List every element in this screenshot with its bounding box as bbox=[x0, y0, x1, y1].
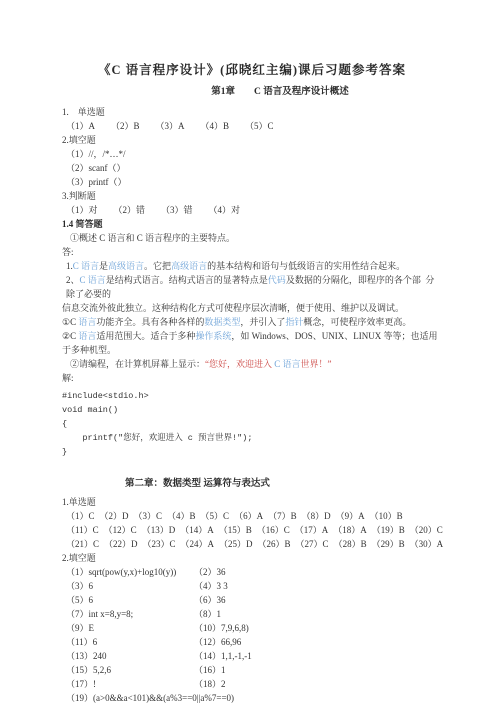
fill-item-right bbox=[194, 691, 442, 705]
answer-cell: （3）C bbox=[134, 509, 163, 523]
answer-cell: （28）B bbox=[334, 537, 367, 551]
answer-cell: （17）A bbox=[295, 523, 329, 537]
fill-item-right: （14）1,1,-1,-1 bbox=[194, 649, 442, 663]
fill-item-right: （4）3 3 bbox=[194, 579, 442, 593]
answer-cell: （1）对 bbox=[66, 205, 98, 215]
ch2-mcq-label: 1.单选题 bbox=[62, 495, 442, 509]
answer-cell: （4）B bbox=[167, 509, 196, 523]
fill-item-left: （1）sqrt(pow(y,x)+log10(y)) bbox=[66, 565, 194, 579]
chapter2-heading: 第二章：数据类型 运算符与表达式 bbox=[125, 477, 442, 491]
document-page: 《C 语言程序设计》(邱晓红主编)课后习题参考答案 第1章 C 语言及程序设计概… bbox=[0, 0, 500, 705]
fill-pair-row: （9）E （10）7,9,6,8) bbox=[62, 621, 442, 635]
fill-item-left: （19）(a>0&&a<101)&&(a%3==0||a%7==0) bbox=[66, 691, 194, 705]
fill-pair-row: （11）6 （12）66,96 bbox=[62, 635, 442, 649]
answer-cell: （22）D bbox=[104, 537, 138, 551]
ch1-solution-label: 解: bbox=[62, 371, 442, 385]
answer-cell: （25）D bbox=[219, 537, 253, 551]
answer-cell: （23）C bbox=[143, 537, 176, 551]
fill-item-right: （12）66,96 bbox=[194, 635, 442, 649]
ch1-tf-answers: （1）对（2）错（3）错（4）对 bbox=[62, 203, 442, 217]
fill-pair-row: （7）int x=8,y=8; （8）1 bbox=[62, 607, 442, 621]
answer-cell: （2）B bbox=[111, 121, 140, 131]
ch1-point-3: ①C 语言功能齐全。具有各种各样的数据类型，并引入了指针概念，可使程序效率更高。 bbox=[62, 315, 442, 329]
code-line: } bbox=[62, 445, 442, 459]
fill-item-left: （3）6 bbox=[66, 579, 194, 593]
answer-cell: （29）B bbox=[372, 537, 405, 551]
code-line: { bbox=[62, 417, 442, 431]
answer-cell: （15）B bbox=[219, 523, 252, 537]
code-line: #include<stdio.h> bbox=[62, 389, 442, 403]
fill-item-right: （10）7,9,6,8) bbox=[194, 621, 442, 635]
answer-cell: （19）B bbox=[372, 523, 405, 537]
mcq-answer-row: （21）C （22）D （23）C （24）A （25）D （26）B （27）… bbox=[62, 537, 442, 551]
fill-pair-row: （13）240 （14）1,1,-1,-1 bbox=[62, 649, 442, 663]
answer-cell: （10）B bbox=[370, 509, 403, 523]
answer-cell: （6）A bbox=[234, 509, 263, 523]
answer-cell: （1）A bbox=[66, 121, 95, 131]
answer-cell: （13）D bbox=[142, 523, 176, 537]
answer-cell: （3）A bbox=[156, 121, 185, 131]
ch1-saq-label: 1.4 简答题 bbox=[62, 217, 442, 231]
ch1-point-2-line2: 信息交流外彼此独立。这种结构化方式可使程序层次清晰，便于使用、维护以及调试。 bbox=[62, 301, 442, 315]
answer-cell: （5）C bbox=[201, 509, 230, 523]
fill-item-left: （13）240 bbox=[66, 649, 194, 663]
answer-cell: （4）B bbox=[201, 121, 230, 131]
answer-cell: （7）B bbox=[268, 509, 297, 523]
fill-pair-row: （19）(a>0&&a<101)&&(a%3==0||a%7==0) bbox=[62, 691, 442, 705]
ch1-fill-label: 2.填空题 bbox=[62, 133, 442, 147]
answer-cell: （30）A bbox=[410, 537, 444, 551]
fill-item-left: （11）6 bbox=[66, 635, 194, 649]
fill-item-left: （7）int x=8,y=8; bbox=[66, 607, 194, 621]
chapter1-heading: 第1章 C 语言及程序设计概述 bbox=[62, 85, 442, 99]
fill-pair-row: （5）6 （6）36 bbox=[62, 593, 442, 607]
mcq-answer-row: （1）C （2）D （3）C （4）B （5）C （6）A （7）B （8）D … bbox=[62, 509, 442, 523]
ch1-tf-label: 3.判断题 bbox=[62, 189, 442, 203]
ch1-saq-answer-label: 答: bbox=[62, 245, 442, 259]
answer-cell: （8）D bbox=[302, 509, 331, 523]
fill-item-left: （15）5,2,6 bbox=[66, 663, 194, 677]
fill-item-right: （18）2 bbox=[194, 677, 442, 691]
answer-cell: （4）对 bbox=[209, 205, 241, 215]
ch1-point-1: 1.C 语言是高级语言。它把高级语言的基本结构和语句与低级语言的实用性结合起来。 bbox=[62, 259, 442, 273]
ch2-mcq-rows: （1）C （2）D （3）C （4）B （5）C （6）A （7）B （8）D … bbox=[62, 509, 442, 551]
answer-cell: （11）C bbox=[66, 523, 99, 537]
ch1-saq-question2: ②请编程，在计算机屏幕上显示：“您好，欢迎进入 C 语言世界！” bbox=[62, 357, 442, 371]
answer-cell: （24）A bbox=[181, 537, 215, 551]
fill-item: （2）scanf（） bbox=[62, 161, 442, 175]
answer-cell: （18）A bbox=[333, 523, 367, 537]
answer-cell: （1）C bbox=[66, 509, 95, 523]
fill-item-left: （9）E bbox=[66, 621, 194, 635]
fill-item-right: （8）1 bbox=[194, 607, 442, 621]
answer-cell: （12）C bbox=[104, 523, 137, 537]
fill-pair-row: （15）5,2,6 （16）1 bbox=[62, 663, 442, 677]
fill-item: （1）//，/*…*/ bbox=[62, 147, 442, 161]
answer-cell: （3）错 bbox=[161, 205, 193, 215]
fill-pair-row: （1）sqrt(pow(y,x)+log10(y)) （2）36 bbox=[62, 565, 442, 579]
ch2-fill-pairs: （1）sqrt(pow(y,x)+log10(y)) （2）36 （3）6 （4… bbox=[62, 565, 442, 705]
fill-item: （3）printf（） bbox=[62, 175, 442, 189]
ch1-mcq-label: 1. 单选题 bbox=[62, 105, 442, 119]
answer-cell: （20）C bbox=[410, 523, 443, 537]
answer-cell: （27）C bbox=[296, 537, 329, 551]
ch1-point-2-line1: 2、C 语言是结构式语言。结构式语言的显著特点是代码及数据的分隔化，即程序的各个… bbox=[62, 273, 442, 301]
answer-cell: （16）C bbox=[257, 523, 290, 537]
code-line: void main() bbox=[62, 403, 442, 417]
c-code-block: #include<stdio.h>void main(){ printf("您好… bbox=[62, 389, 442, 459]
answer-cell: （26）B bbox=[258, 537, 291, 551]
answer-cell: （2）错 bbox=[114, 205, 146, 215]
fill-item-right: （16）1 bbox=[194, 663, 442, 677]
answer-cell: （21）C bbox=[66, 537, 99, 551]
ch2-fill-label: 2.填空题 bbox=[62, 551, 442, 565]
ch1-saq-question1: ①概述 C 语言和 C 语言程序的主要特点。 bbox=[62, 231, 442, 245]
code-line: printf("您好，欢迎进入 c 预言世界!"); bbox=[62, 431, 442, 445]
answer-cell: （9）A bbox=[336, 509, 365, 523]
ch1-fill-items: （1）//，/*…*/（2）scanf（）（3）printf（） bbox=[62, 147, 442, 189]
mcq-answer-row: （11）C （12）C （13）D （14）A （15）B （16）C （17）… bbox=[62, 523, 442, 537]
fill-pair-row: （3）6 （4）3 3 bbox=[62, 579, 442, 593]
ch1-mcq-answers: （1）A（2）B（3）A（4）B（5）C bbox=[62, 119, 442, 133]
fill-pair-row: （17）! （18）2 bbox=[62, 677, 442, 691]
ch1-point-4: ②C 语言适用范围大。适合于多种操作系统，如 Windows、DOS、UNIX、… bbox=[62, 329, 442, 357]
answer-cell: （2）D bbox=[100, 509, 129, 523]
fill-item-left: （5）6 bbox=[66, 593, 194, 607]
fill-item-right: （2）36 bbox=[194, 565, 442, 579]
answer-cell: （14）A bbox=[180, 523, 214, 537]
answer-cell: （5）C bbox=[245, 121, 274, 131]
fill-item-right: （6）36 bbox=[194, 593, 442, 607]
doc-title: 《C 语言程序设计》(邱晓红主编)课后习题参考答案 bbox=[62, 62, 442, 78]
fill-item-left: （17）! bbox=[66, 677, 194, 691]
